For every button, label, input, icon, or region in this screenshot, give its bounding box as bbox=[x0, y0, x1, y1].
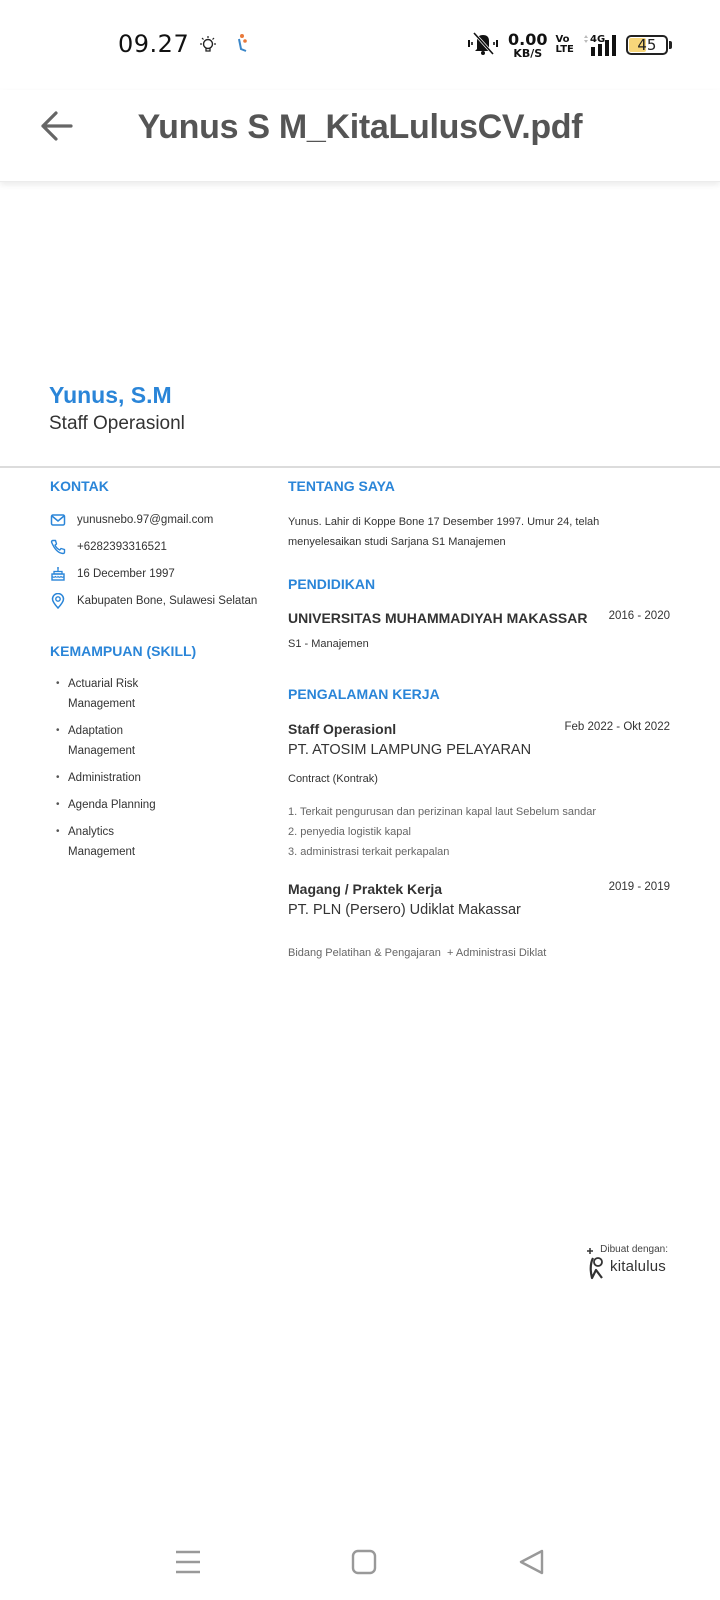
location-icon bbox=[50, 593, 66, 609]
contact-location: Kabupaten Bone, Sulawesi Selatan bbox=[50, 593, 257, 609]
experience-section-title: PENGALAMAN KERJA bbox=[288, 686, 440, 702]
job-duty: 1. Terkait pengurusan dan perizinan kapa… bbox=[288, 802, 596, 822]
about-text: Yunus. Lahir di Koppe Bone 17 Desember 1… bbox=[288, 512, 668, 552]
job-dates: Feb 2022 - Okt 2022 bbox=[565, 721, 670, 733]
mail-icon bbox=[50, 512, 66, 528]
about-section-title: TENTANG SAYA bbox=[288, 478, 395, 494]
document-title: Yunus S M_KitaLulusCV.pdf bbox=[0, 108, 720, 147]
skill-item: Adaptation Management bbox=[56, 721, 156, 761]
contact-section-title: KONTAK bbox=[50, 478, 109, 494]
skill-item: Administration bbox=[56, 768, 156, 788]
contact-phone: +6282393316521 bbox=[50, 539, 167, 555]
back-triangle-icon bbox=[518, 1548, 546, 1576]
brightness-icon bbox=[198, 35, 218, 60]
job-type: Contract (Kontrak) bbox=[288, 773, 378, 785]
status-right-icons: 0.00 KB/S Vo LTE 4G 45 bbox=[466, 28, 668, 62]
job-dates: 2019 - 2019 bbox=[609, 881, 670, 893]
skill-item: Agenda Planning bbox=[56, 795, 156, 815]
education-school: UNIVERSITAS MUHAMMADIYAH MAKASSAR bbox=[288, 610, 587, 626]
cv-name: Yunus, S.M bbox=[49, 382, 172, 409]
cv-role: Staff Operasionl bbox=[49, 413, 185, 435]
recent-apps-button[interactable] bbox=[168, 1542, 208, 1582]
job-position: Magang / Praktek Kerja bbox=[288, 881, 442, 897]
job-duty: 2. penyedia logistik kapal bbox=[288, 822, 596, 842]
back-nav-button[interactable] bbox=[512, 1542, 552, 1582]
education-section-title: PENDIDIKAN bbox=[288, 576, 375, 592]
status-time: 09.27 bbox=[118, 30, 189, 58]
volte-indicator: Vo LTE bbox=[555, 35, 573, 55]
network-speed: 0.00 KB/S bbox=[508, 32, 547, 59]
job-company: PT. ATOSIM LAMPUNG PELAYARAN bbox=[288, 742, 531, 758]
job-company: PT. PLN (Persero) Udiklat Makassar bbox=[288, 902, 521, 918]
header-divider bbox=[0, 466, 720, 468]
skill-item: Analytics Management bbox=[56, 822, 156, 862]
status-bar: 09.27 0.00 KB/S Vo LTE 4G bbox=[0, 0, 720, 90]
menu-icon bbox=[174, 1549, 202, 1575]
system-nav-bar bbox=[0, 1500, 720, 1600]
job-description: Bidang Pelatihan & Pengajaran + Administ… bbox=[288, 947, 546, 959]
skill-item: Actuarial Risk Management bbox=[56, 674, 156, 714]
app-notification-icon bbox=[236, 33, 250, 60]
skills-list: Actuarial Risk Management Adaptation Man… bbox=[56, 674, 256, 869]
home-button[interactable] bbox=[344, 1542, 384, 1582]
phone-icon bbox=[50, 539, 66, 555]
job-position: Staff Operasionl bbox=[288, 721, 396, 737]
battery-icon: 45 bbox=[626, 35, 668, 55]
home-icon bbox=[350, 1548, 378, 1576]
app-bar: Yunus S M_KitaLulusCV.pdf bbox=[0, 90, 720, 182]
network-type-text: 4G bbox=[590, 34, 605, 45]
contact-birthday: 16 December 1997 bbox=[50, 566, 175, 582]
signal-icon: 4G bbox=[582, 32, 618, 58]
skills-section-title: KEMAMPUAN (SKILL) bbox=[50, 643, 196, 659]
contact-email: yunusnebo.97@gmail.com bbox=[50, 512, 213, 528]
muted-vibrate-icon bbox=[466, 30, 500, 61]
education-years: 2016 - 2020 bbox=[609, 610, 670, 622]
job-duties: 1. Terkait pengurusan dan perizinan kapa… bbox=[288, 802, 596, 862]
pdf-document[interactable]: Yunus, S.M Staff Operasionl KONTAK yunus… bbox=[0, 182, 720, 1502]
cake-icon bbox=[50, 566, 66, 582]
education-degree: S1 - Manajemen bbox=[288, 638, 369, 650]
job-duty: 3. administrasi terkait perkapalan bbox=[288, 842, 596, 862]
made-with-kitalulus: Dibuat dengan: kitalulus bbox=[584, 1244, 674, 1284]
